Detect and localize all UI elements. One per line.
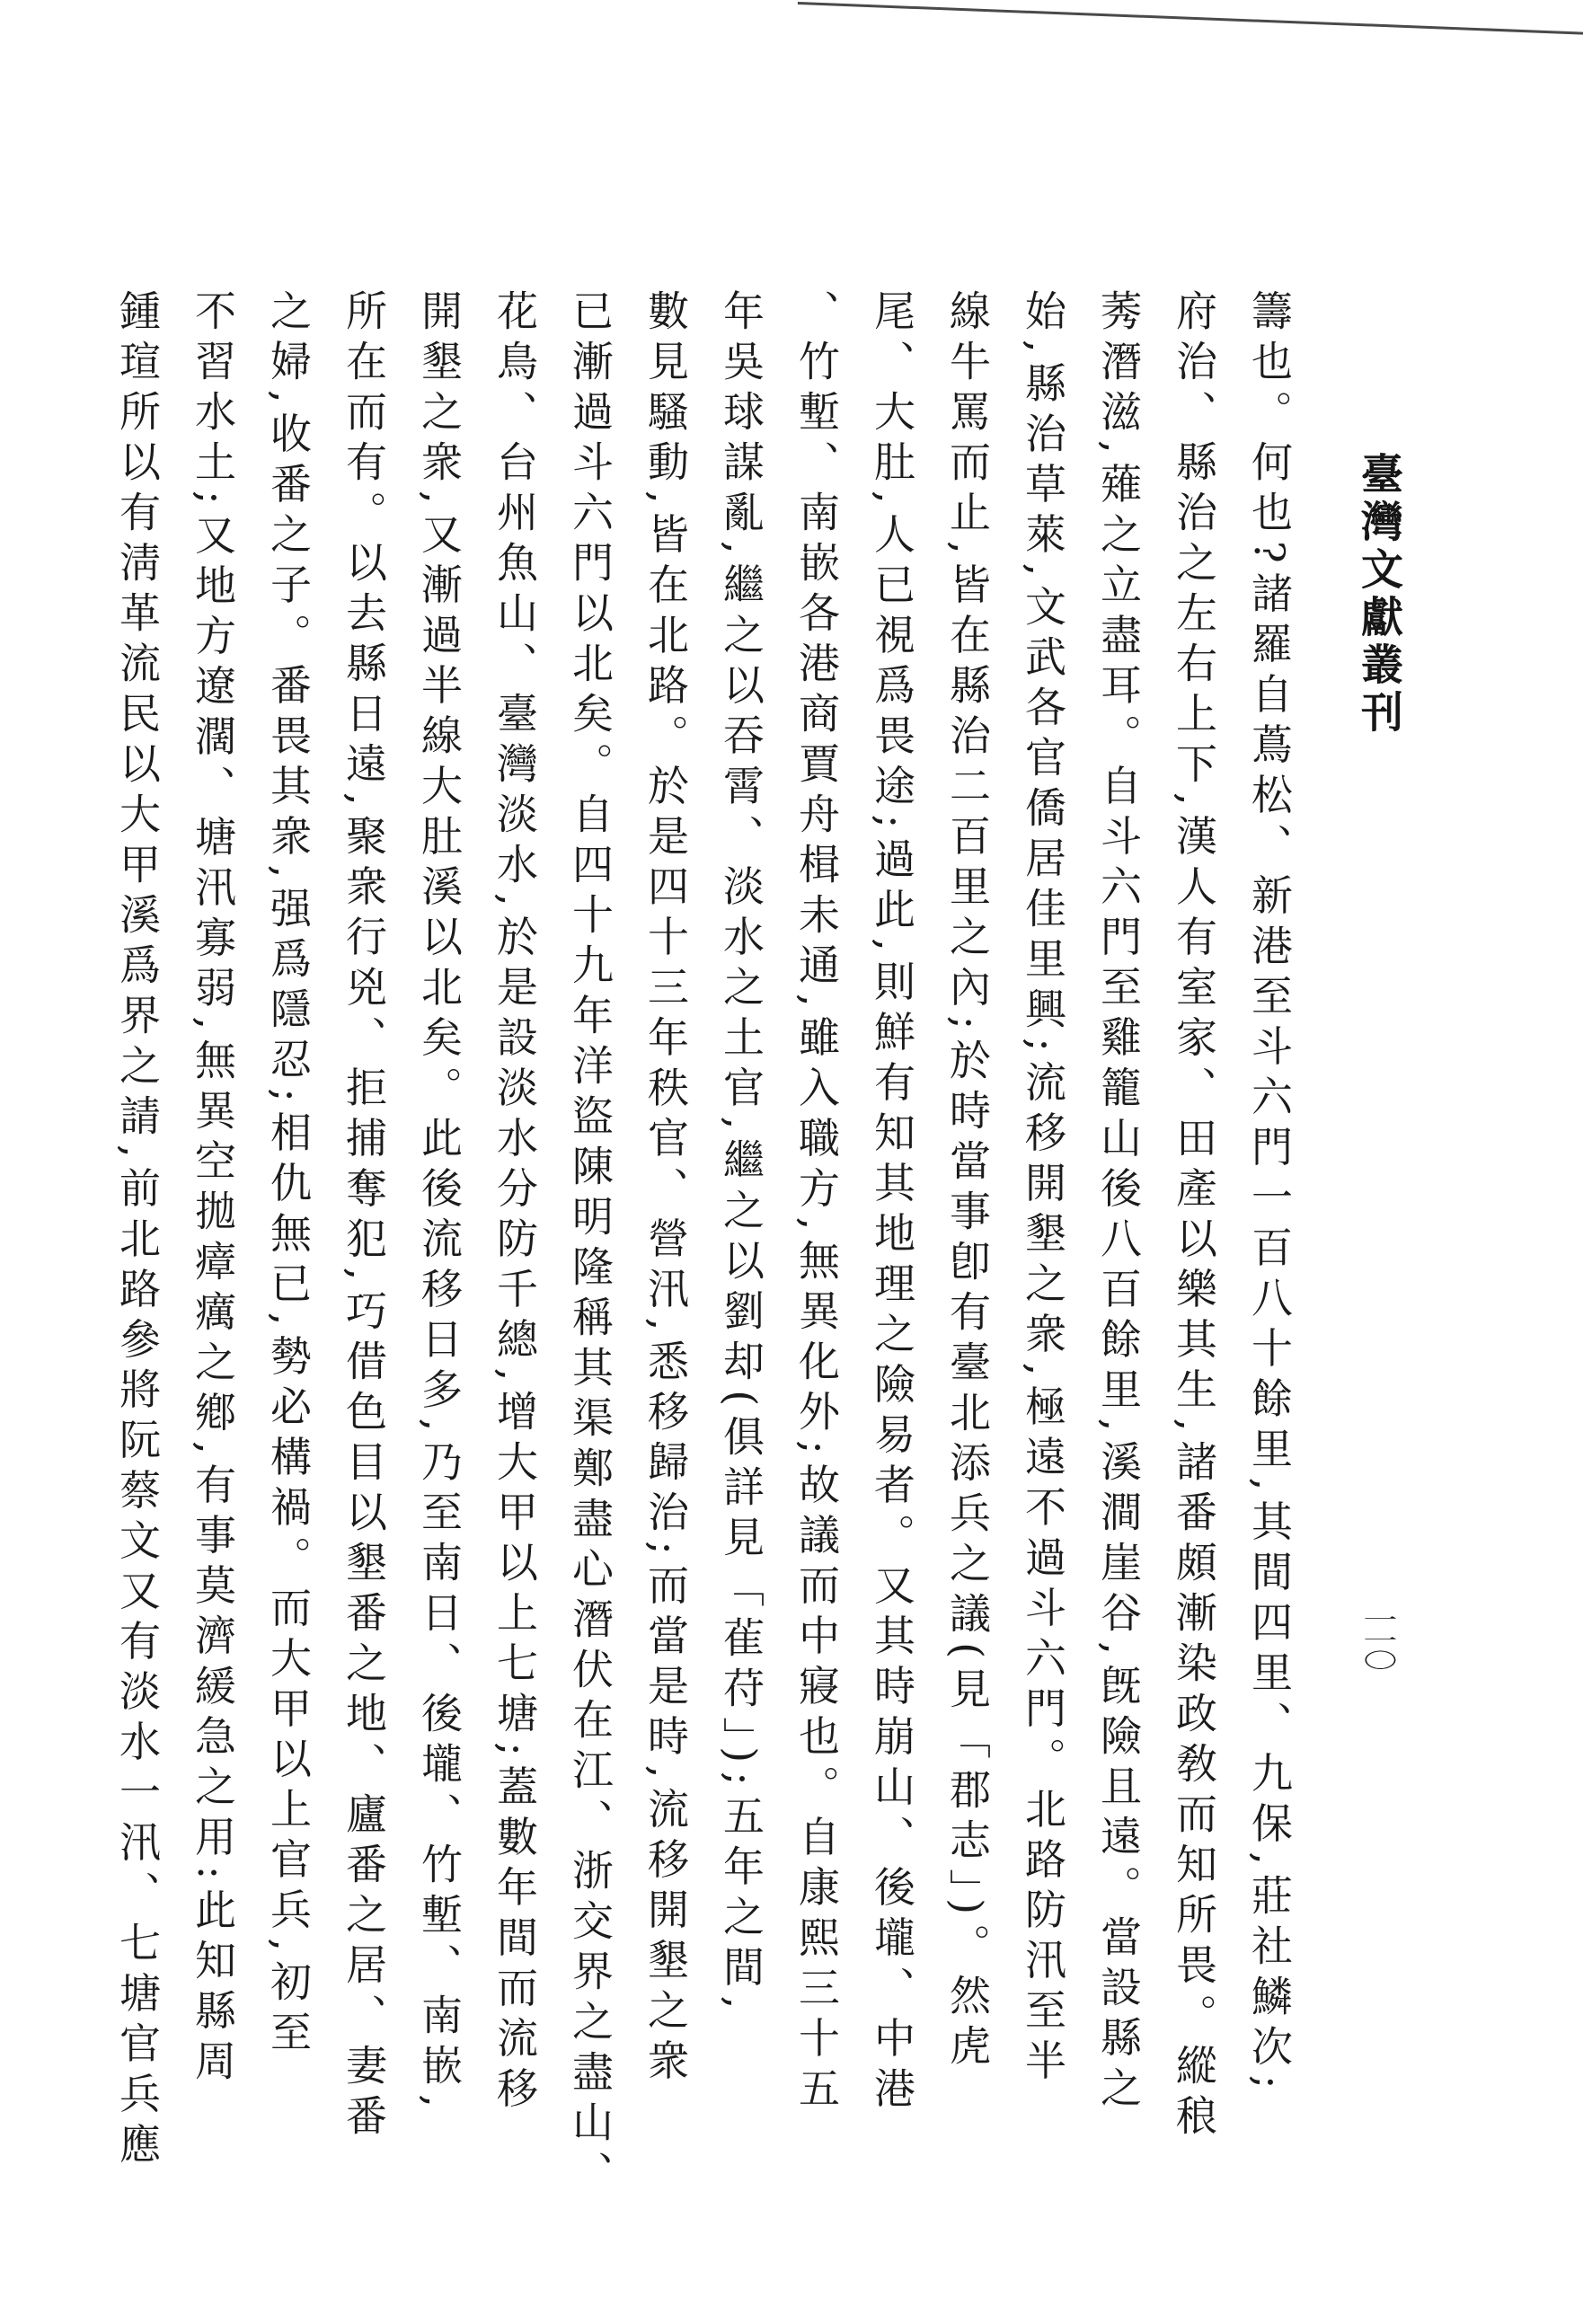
text-column: 花鳥、台州魚山、臺灣淡水,於是設淡水分防千總,增大甲以上七塘;蓋數年間而流移 — [477, 289, 553, 2198]
text-column: 線牛罵而止,皆在縣治二百里之內;於時當事卽有臺北添兵之議(見「郡志」)。然虎 — [930, 289, 1005, 2198]
text-column: 籌也。何也?諸羅自蔦松、新港至斗六門一百八十餘里,其間四里、九保,莊社鱗次; — [1232, 289, 1307, 2198]
text-column: 開墾之衆,又漸過半線大肚溪以北矣。此後流移日多,乃至南日、後壠、竹塹、南嵌, — [402, 289, 477, 2198]
text-column: 年吳球謀亂,繼之以吞霄、淡水之土官,繼之以劉却(俱詳見「雈苻」);五年之間, — [703, 289, 779, 2198]
text-column: 所在而有。以去縣日遠,聚衆行兇、拒捕奪犯,巧借色目以墾番之地、廬番之居、妻番 — [326, 289, 402, 2198]
text-column: 莠潛滋,薙之立盡耳。自斗六門至雞籠山後八百餘里,溪澗崖谷,旣險且遠。當設縣之 — [1081, 289, 1156, 2198]
text-column: 之婦,收番之子。番畏其衆,强爲隱忍;相仇無已,勢必構禍。而大甲以上官兵,初至 — [251, 289, 326, 2198]
text-column: 始,縣治草萊,文武各官僑居佳里興;流移開墾之衆,極遠不過斗六門。北路防汛至半 — [1005, 289, 1081, 2198]
text-column: 鍾瑄所以有淸革流民以大甲溪爲界之請,前北路參將阮蔡文又有淡水一汛、七塘官兵應 — [100, 289, 175, 2198]
scanned-page: 臺灣文獻叢刊 一一〇 籌也。何也?諸羅自蔦松、新港至斗六門一百八十餘里,其間四里… — [0, 0, 1583, 2324]
running-header-title: 臺灣文獻叢刊 — [1349, 452, 1409, 738]
text-body: 籌也。何也?諸羅自蔦松、新港至斗六門一百八十餘里,其間四里、九保,莊社鱗次;府治… — [100, 289, 1307, 2198]
page-number: 一一〇 — [1353, 1609, 1402, 1670]
text-column: 、竹塹、南嵌各港商賈舟楫未通,雖入職方,無異化外;故議而中寢也。自康熙三十五 — [779, 289, 854, 2198]
text-column: 尾、大肚,人已視爲畏途;過此,則鮮有知其地理之險易者。又其時崩山、後壠、中港 — [854, 289, 930, 2198]
text-column: 已漸過斗六門以北矣。自四十九年洋盜陳明隆稱其渠鄭盡心潛伏在江、浙交界之盡山、 — [553, 289, 628, 2198]
text-column: 不習水土;又地方遼濶、塘汛寡弱,無異空拋瘴癘之鄕,有事莫濟緩急之用:此知縣周 — [175, 289, 251, 2198]
page-edge-line — [798, 2, 1583, 35]
text-column: 府治、縣治之左右上下,漢人有室家、田產以樂其生,諸番頗漸染政敎而知所畏。縱稂 — [1156, 289, 1232, 2198]
text-column: 數見騷動,皆在北路。於是四十三年秩官、營汛,悉移歸治;而當是時,流移開墾之衆 — [628, 289, 703, 2198]
